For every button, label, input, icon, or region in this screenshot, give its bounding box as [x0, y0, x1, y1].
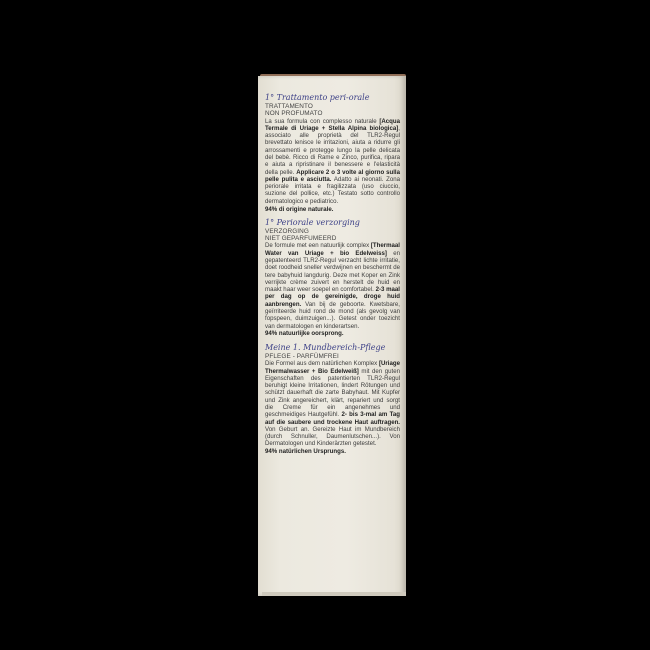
box-text-panel: 1° Trattamento peri-orale TRATTAMENTO NO… [265, 93, 400, 461]
natural-origin-italian: 94% di origine naturale. [265, 206, 400, 213]
box-bottom-edge [262, 592, 406, 596]
subtitle-dutch-2: NIET GEPARFUMEERD [265, 235, 400, 242]
description-italian: La sua formula con complesso naturale [A… [265, 118, 400, 206]
section-dutch: 1° Periorale verzorging VERZORGING NIET … [265, 218, 400, 338]
text-part: Von Geburt an. Gereizte Haut im Mundbere… [265, 426, 400, 448]
heading-german: Meine 1. Mundbereich-Pflege [265, 343, 400, 352]
heading-italian: 1° Trattamento peri-orale [265, 93, 400, 102]
text-part: Die Formel aus dem natürlichen Komplex [265, 360, 379, 367]
natural-origin-dutch: 94% natuurlijke oorsprong. [265, 330, 400, 337]
heading-dutch: 1° Periorale verzorging [265, 218, 400, 227]
subtitle-german-1: PFLEGE - PARFÜMFREI [265, 353, 400, 360]
subtitle-dutch-1: VERZORGING [265, 228, 400, 235]
subtitle-italian-2: NON PROFUMATO [265, 110, 400, 117]
section-german: Meine 1. Mundbereich-Pflege PFLEGE - PAR… [265, 343, 400, 456]
text-part: De formule met een natuurlijk complex [265, 242, 371, 249]
description-dutch: De formule met een natuurlijk complex [T… [265, 242, 400, 330]
section-italian: 1° Trattamento peri-orale TRATTAMENTO NO… [265, 93, 400, 213]
text-part: La sua formula con complesso naturale [265, 118, 379, 125]
description-german: Die Formel aus dem natürlichen Komplex [… [265, 360, 400, 448]
natural-origin-german: 94% natürlichen Ursprungs. [265, 448, 400, 455]
subtitle-italian-1: TRATTAMENTO [265, 103, 400, 110]
